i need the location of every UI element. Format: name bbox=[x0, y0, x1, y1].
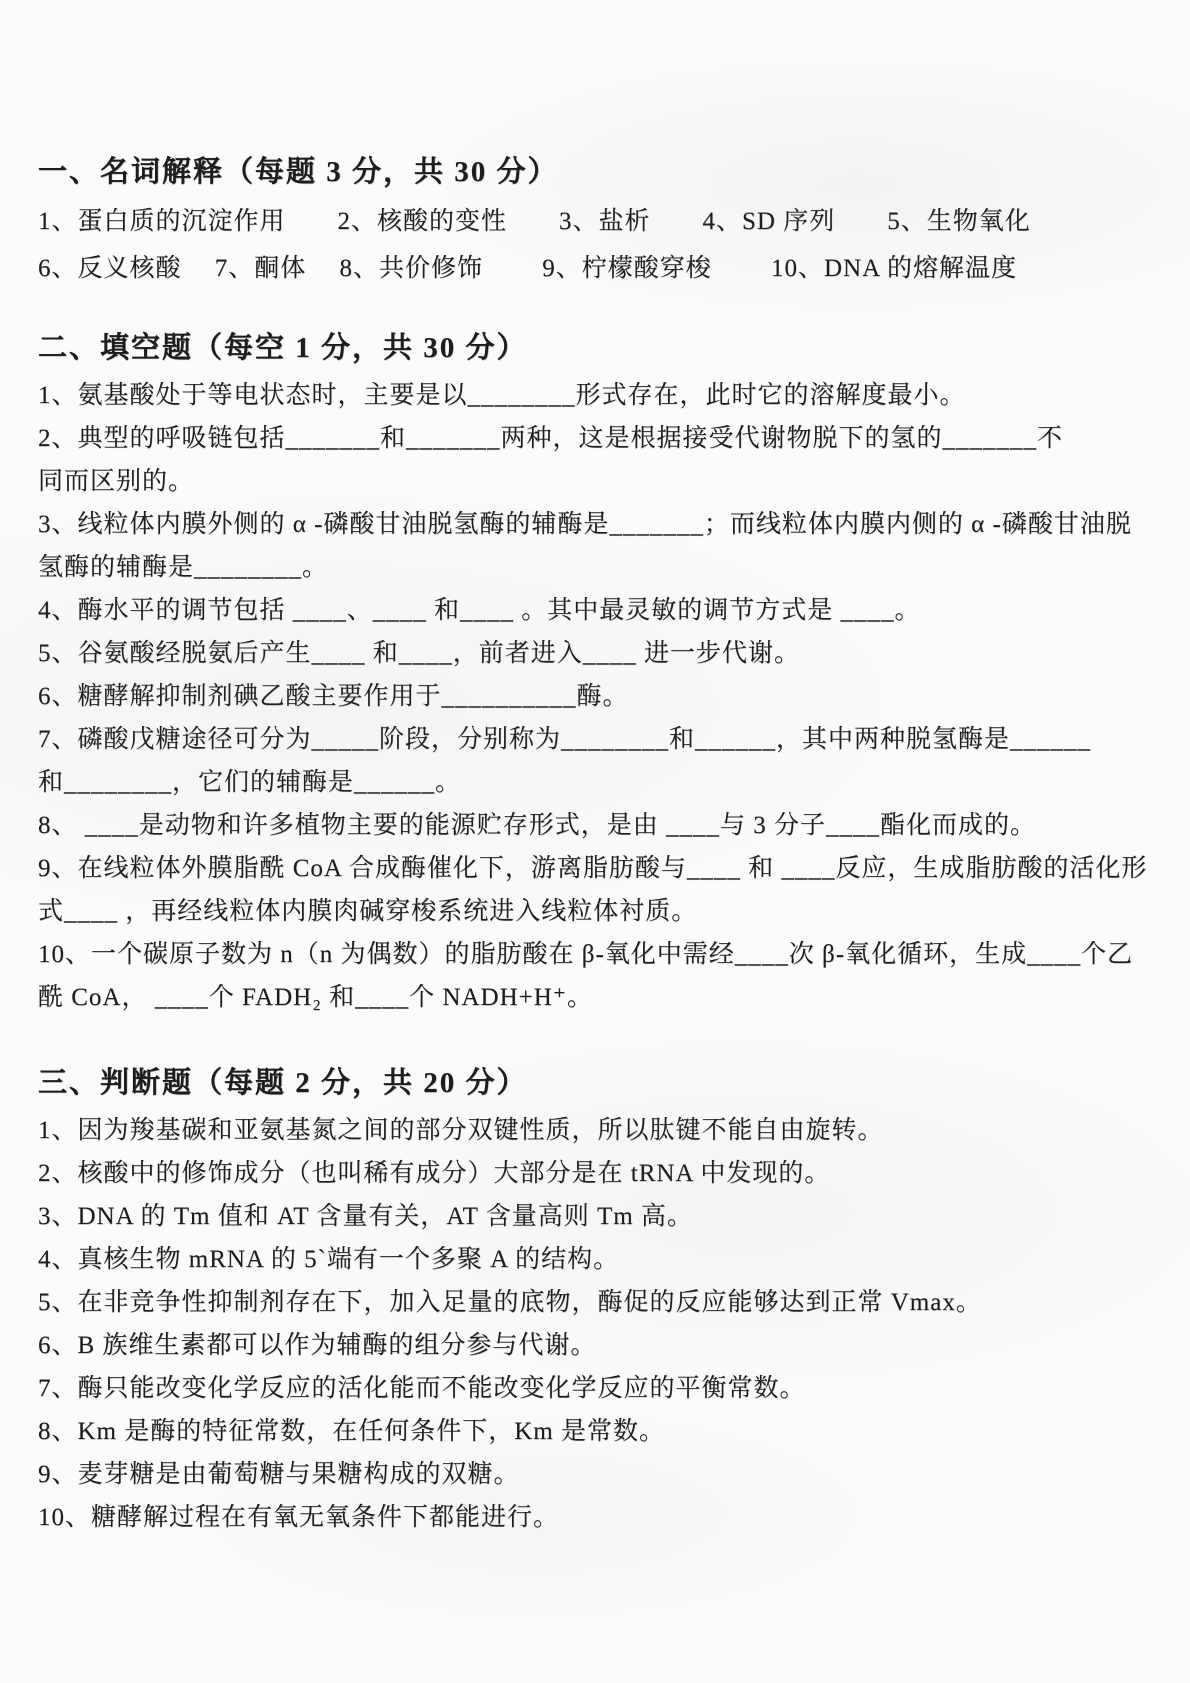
fill-blank-q9-line1: 9、在线粒体外膜脂酰 CoA 合成酶催化下，游离脂肪酸与____ 和 ____反… bbox=[38, 847, 1162, 890]
judgment-q8: 8、Km 是酶的特征常数，在任何条件下，Km 是常数。 bbox=[38, 1410, 1162, 1453]
judgment-q7: 7、酶只能改变化学反应的活化能而不能改变化学反应的平衡常数。 bbox=[38, 1367, 1162, 1410]
section-fill-in-blank: 二、填空题（每空 1 分，共 30 分） 1、氨基酸处于等电状态时，主要是以__… bbox=[38, 322, 1162, 1019]
noun-items-line-1: 1、蛋白质的沉淀作用 2、核酸的变性 3、盐析 4、SD 序列 5、生物氧化 bbox=[38, 198, 1162, 245]
judgment-q3: 3、DNA 的 Tm 值和 AT 含量有关，AT 含量高则 Tm 高。 bbox=[38, 1195, 1162, 1238]
fill-blank-q1: 1、氨基酸处于等电状态时，主要是以________形式存在，此时它的溶解度最小。 bbox=[38, 374, 1162, 417]
section-2-heading: 二、填空题（每空 1 分，共 30 分） bbox=[38, 322, 1162, 374]
fill-blank-q3-line2: 氢酶的辅酶是________。 bbox=[38, 546, 1162, 589]
judgment-q9: 9、麦芽糖是由葡萄糖与果糖构成的双糖。 bbox=[38, 1453, 1162, 1496]
fill-blank-q10-line1: 10、一个碳原子数为 n（n 为偶数）的脂肪酸在 β-氧化中需经____次 β-… bbox=[38, 933, 1162, 976]
fill-blank-q7-line1: 7、磷酸戊糖途径可分为_____阶段，分别称为________和______，其… bbox=[38, 718, 1162, 761]
exam-page: 一、名词解释（每题 3 分，共 30 分） 1、蛋白质的沉淀作用 2、核酸的变性… bbox=[0, 0, 1190, 1539]
fill-blank-q10-line2: 酰 CoA， ____个 FADH₂ 和____个 NADH+H⁺。 bbox=[38, 976, 1162, 1019]
judgment-q10: 10、糖酵解过程在有氧无氧条件下都能进行。 bbox=[38, 1496, 1162, 1539]
fill-blank-q2-line2: 同而区别的。 bbox=[38, 460, 1162, 503]
fill-blank-q6: 6、糖酵解抑制剂碘乙酸主要作用于__________酶。 bbox=[38, 675, 1162, 718]
section-1-heading: 一、名词解释（每题 3 分，共 30 分） bbox=[38, 146, 1162, 198]
fill-blank-q2-line1: 2、典型的呼吸链包括_______和_______两种，这是根据接受代谢物脱下的… bbox=[38, 417, 1162, 460]
fill-blank-q4: 4、酶水平的调节包括 ____、____ 和____ 。其中最灵敏的调节方式是 … bbox=[38, 589, 1162, 632]
section-3-heading: 三、判断题（每题 2 分，共 20 分） bbox=[38, 1057, 1162, 1109]
judgment-q4: 4、真核生物 mRNA 的 5`端有一个多聚 A 的结构。 bbox=[38, 1238, 1162, 1281]
section-true-false: 三、判断题（每题 2 分，共 20 分） 1、因为羧基碳和亚氨基氮之间的部分双键… bbox=[38, 1057, 1162, 1539]
section-noun-explanation: 一、名词解释（每题 3 分，共 30 分） 1、蛋白质的沉淀作用 2、核酸的变性… bbox=[38, 146, 1162, 292]
fill-blank-q8: 8、 ____是动物和许多植物主要的能源贮存形式，是由 ____与 3 分子__… bbox=[38, 804, 1162, 847]
judgment-q5: 5、在非竞争性抑制剂存在下，加入足量的底物，酶促的反应能够达到正常 Vmax。 bbox=[38, 1281, 1162, 1324]
fill-blank-q3-line1: 3、线粒体内膜外侧的 α -磷酸甘油脱氢酶的辅酶是_______；而线粒体内膜内… bbox=[38, 503, 1162, 546]
judgment-q1: 1、因为羧基碳和亚氨基氮之间的部分双键性质，所以肽键不能自由旋转。 bbox=[38, 1109, 1162, 1152]
fill-blank-q9-line2: 式____ ，再经线粒体内膜肉碱穿梭系统进入线粒体衬质。 bbox=[38, 890, 1162, 933]
judgment-q6: 6、B 族维生素都可以作为辅酶的组分参与代谢。 bbox=[38, 1324, 1162, 1367]
fill-blank-q5: 5、谷氨酸经脱氨后产生____ 和____，前者进入____ 进一步代谢。 bbox=[38, 632, 1162, 675]
noun-items-line-2: 6、反义核酸 7、酮体 8、共价修饰 9、柠檬酸穿梭 10、DNA 的熔解温度 bbox=[38, 245, 1162, 292]
fill-blank-q7-line2: 和________，它们的辅酶是______。 bbox=[38, 761, 1162, 804]
judgment-q2: 2、核酸中的修饰成分（也叫稀有成分）大部分是在 tRNA 中发现的。 bbox=[38, 1152, 1162, 1195]
